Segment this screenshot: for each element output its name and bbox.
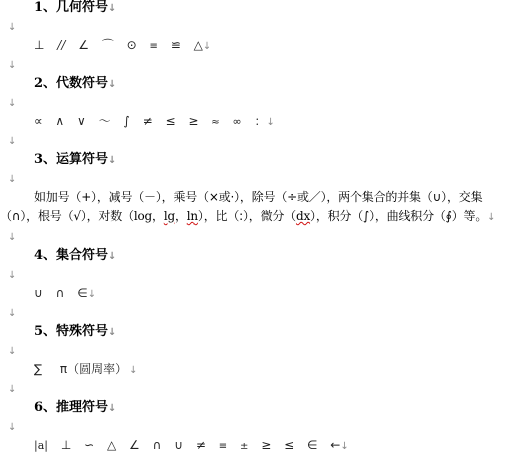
heading-text: 5、特殊符号	[34, 324, 108, 339]
triangle-symbol: △	[194, 36, 203, 55]
perpendicular-symbol: ⊥	[34, 36, 44, 55]
paragraph-mark-icon: ↓	[0, 174, 16, 185]
tilde-symbol: ～	[99, 112, 111, 131]
approx-symbol: ≈	[211, 113, 219, 132]
congruent-identical-symbol: ≡	[150, 37, 158, 56]
section-heading-sets[interactable]: 4、集合符号↓	[0, 246, 530, 265]
dx-text-spellcheck: dx	[296, 209, 310, 223]
empty-line[interactable]: ↓	[0, 417, 530, 436]
circle-dot-symbol: ⊙	[127, 36, 137, 55]
paragraph-mark-icon: ↓	[0, 22, 16, 33]
identical-symbol: ≡	[219, 437, 227, 455]
paragraph-line-1: 如加号（+），减号（－），乘号（×或·），除号（÷或／），两个集合的并集（∪），…	[6, 188, 526, 207]
union-symbol: ∪	[174, 436, 183, 455]
paragraph-mark-icon: ↓	[0, 346, 16, 357]
paragraph-line-2: （∩），根号（√），对数（log，lg，ln），比（:），微分（dx），积分（∫…	[0, 207, 526, 227]
paragraph-mark-icon: ↓	[487, 212, 495, 223]
text-span: （∩），根号（√），对数（	[0, 209, 134, 223]
paragraph-mark-icon: ↓	[0, 232, 16, 243]
empty-line[interactable]: ↓	[0, 379, 530, 398]
empty-line[interactable]: ↓	[0, 17, 530, 36]
empty-line[interactable]: ↓	[0, 341, 530, 360]
not-equal-symbol: ≠	[143, 112, 153, 131]
logical-and-symbol: ∧	[55, 112, 64, 131]
symbol-row-geometry[interactable]: ⊥ // ∠ ⌒ ⊙ ≡ ≌ △↓	[0, 36, 530, 55]
less-equal-symbol: ≤	[284, 436, 294, 455]
empty-line[interactable]: ↓	[0, 227, 530, 246]
lg-text-spellcheck: lg	[164, 209, 175, 223]
section-heading-algebra[interactable]: 2、代数符号↓	[0, 74, 530, 93]
section-heading-special[interactable]: 5、特殊符号↓	[0, 322, 530, 341]
paragraph-mark-icon: ↓	[203, 41, 211, 52]
empty-line[interactable]: ↓	[0, 131, 530, 150]
section-heading-reasoning[interactable]: 6、推理符号↓	[0, 398, 530, 417]
intersection-symbol: ∩	[153, 436, 162, 455]
empty-line[interactable]: ↓	[0, 303, 530, 322]
element-of-symbol: ∈	[77, 284, 87, 303]
element-of-symbol: ∈	[307, 436, 317, 455]
heading-text: 3、运算符号	[34, 152, 108, 167]
heading-text: 4、集合符号	[34, 248, 108, 263]
operations-paragraph[interactable]: 如加号（+），减号（－），乘号（×或·），除号（÷或／），两个集合的并集（∪），…	[0, 188, 530, 227]
text-span: ），比（:），微分（	[198, 209, 296, 223]
paragraph-mark-icon: ↓	[108, 79, 116, 90]
paragraph-mark-icon: ↓	[88, 289, 96, 300]
integral-symbol: ∫	[124, 112, 130, 131]
logical-or-symbol: ∨	[77, 112, 86, 131]
heading-text: 6、推理符号	[34, 400, 108, 415]
left-arrow-symbol: ←	[330, 436, 340, 455]
angle-symbol: ∠	[129, 436, 140, 455]
paragraph-mark-icon: ↓	[108, 403, 116, 414]
document-page: 1、几何符号↓ ↓ ⊥ // ∠ ⌒ ⊙ ≡ ≌ △↓ ↓ 2、代数符号↓ ↓ …	[0, 0, 530, 455]
angle-symbol: ∠	[78, 36, 89, 55]
section-heading-operations[interactable]: 3、运算符号↓	[0, 150, 530, 169]
not-equal-symbol: ≠	[196, 436, 206, 455]
greater-equal-symbol: ≥	[261, 436, 271, 455]
arc-symbol: ⌒	[102, 36, 114, 55]
paragraph-mark-icon: ↓	[0, 136, 16, 147]
parallel-symbol: //	[57, 36, 65, 55]
perpendicular-symbol: ⊥	[61, 436, 71, 455]
paragraph-mark-icon: ↓	[340, 441, 348, 452]
empty-line[interactable]: ↓	[0, 55, 530, 74]
summation-symbol: ∑	[34, 360, 42, 379]
pi-circumference-text: π（圆周率）	[60, 360, 127, 379]
symbol-row-reasoning[interactable]: |a| ⊥ ∽ △ ∠ ∩ ∪ ≠ ≡ ± ≥ ≤ ∈ ←↓	[0, 436, 530, 455]
triangle-symbol: △	[107, 436, 116, 455]
congruent-symbol: ≌	[171, 36, 181, 55]
plus-minus-symbol: ±	[240, 437, 248, 455]
text-span: ，	[175, 209, 187, 223]
heading-text: 1、几何符号	[34, 0, 108, 15]
paragraph-mark-icon: ↓	[108, 251, 116, 262]
symbol-row-special[interactable]: ∑ π（圆周率）↓	[0, 360, 530, 379]
paragraph-mark-icon: ↓	[108, 327, 116, 338]
union-symbol: ∪	[34, 284, 43, 303]
log-text: log	[134, 209, 152, 223]
paragraph-mark-icon: ↓	[108, 3, 116, 14]
paragraph-mark-icon: ↓	[0, 60, 16, 71]
paragraph-mark-icon: ↓	[0, 270, 16, 281]
text-span: ），积分（∫），曲线积分（∮）等。	[310, 209, 487, 223]
paragraph-mark-icon: ↓	[267, 117, 275, 128]
empty-line[interactable]: ↓	[0, 265, 530, 284]
paragraph-mark-icon: ↓	[129, 365, 137, 376]
paragraph-mark-icon: ↓	[108, 155, 116, 166]
ratio-colon-symbol: ：	[254, 112, 266, 131]
paragraph-mark-icon: ↓	[0, 422, 16, 433]
ln-text-spellcheck: ln	[187, 209, 198, 223]
paragraph-mark-icon: ↓	[0, 384, 16, 395]
text-span: ，	[152, 209, 164, 223]
paragraph-mark-icon: ↓	[0, 98, 16, 109]
heading-text: 2、代数符号	[34, 76, 108, 91]
empty-line[interactable]: ↓	[0, 93, 530, 112]
proportional-symbol: ∝	[34, 112, 43, 131]
section-heading-geometry[interactable]: 1、几何符号↓	[0, 0, 530, 17]
absolute-value-symbol: |a|	[34, 436, 48, 455]
similar-symbol: ∽	[84, 436, 94, 455]
empty-line[interactable]: ↓	[0, 169, 530, 188]
infinity-symbol: ∞	[232, 112, 241, 131]
paragraph-mark-icon: ↓	[0, 308, 16, 319]
symbol-row-algebra[interactable]: ∝ ∧ ∨ ～ ∫ ≠ ≤ ≥ ≈ ∞ ：↓	[0, 112, 530, 131]
greater-equal-symbol: ≥	[188, 112, 198, 131]
intersection-symbol: ∩	[56, 284, 65, 303]
less-equal-symbol: ≤	[165, 112, 175, 131]
symbol-row-sets[interactable]: ∪ ∩ ∈↓	[0, 284, 530, 303]
